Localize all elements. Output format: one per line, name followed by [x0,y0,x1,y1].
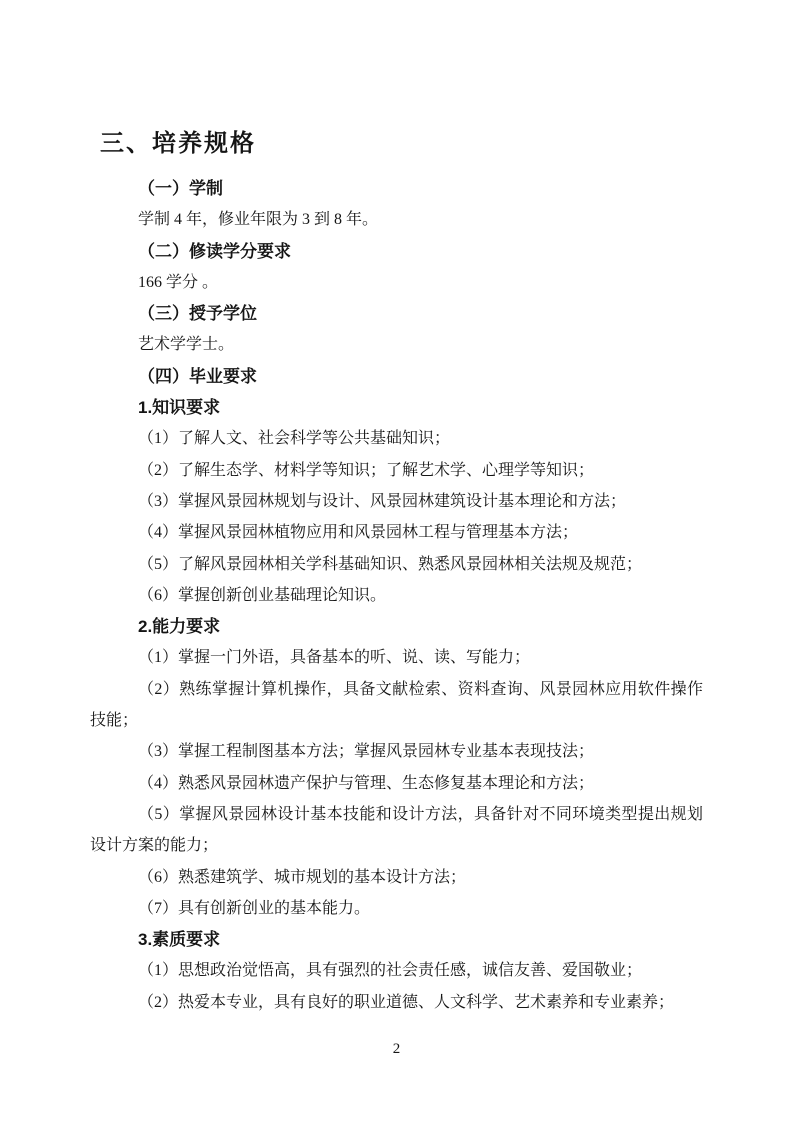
page-content: 三、培养规格 （一）学制 学制 4 年，修业年限为 3 到 8 年。 （二）修读… [0,0,793,1058]
list-item: （5）掌握风景园林设计基本技能和设计方法，具备针对不同环境类型提出规划设计方案的… [90,799,703,862]
section-title-xuefen: （二）修读学分要求 [90,236,703,267]
list-item: （5）了解风景园林相关学科基础知识、熟悉风景园林相关法规及规范； [90,549,703,580]
list-item: （3）掌握风景园林规划与设计、风景园林建筑设计基本理论和方法； [90,486,703,517]
list-item: （1）思想政治觉悟高，具有强烈的社会责任感，诚信友善、爱国敬业； [90,955,703,986]
list-item: （6）熟悉建筑学、城市规划的基本设计方法； [90,862,703,893]
page-title: 三、培养规格 [90,128,703,160]
list-item: （7）具有创新创业的基本能力。 [90,893,703,924]
subsection-title-quality: 3.素质要求 [90,924,703,955]
page-number: 2 [90,1040,703,1058]
list-item: （1）了解人文、社会科学等公共基础知识； [90,423,703,454]
list-item: （4）掌握风景园林植物应用和风景园林工程与管理基本方法； [90,517,703,548]
list-item: （6）掌握创新创业基础理论知识。 [90,580,703,611]
subsection-title-knowledge: 1.知识要求 [90,392,703,423]
paragraph-xuefen: 166 学分 。 [90,267,703,298]
list-item: （3）掌握工程制图基本方法；掌握风景园林专业基本表现技法； [90,736,703,767]
paragraph-xuewei: 艺术学学士。 [90,329,703,360]
list-item: （2）熟练掌握计算机操作，具备文献检索、资料查询、风景园林应用软件操作技能； [90,674,703,737]
list-item: （1）掌握一门外语，具备基本的听、说、读、写能力； [90,642,703,673]
section-title-xuezhi: （一）学制 [90,173,703,204]
section-title-biye: （四）毕业要求 [90,361,703,392]
document-page: 三、培养规格 （一）学制 学制 4 年，修业年限为 3 到 8 年。 （二）修读… [0,0,793,1122]
subsection-title-ability: 2.能力要求 [90,611,703,642]
paragraph-xuezhi: 学制 4 年，修业年限为 3 到 8 年。 [90,204,703,235]
list-item: （4）熟悉风景园林遗产保护与管理、生态修复基本理论和方法； [90,768,703,799]
list-item: （2）热爱本专业，具有良好的职业道德、人文科学、艺术素养和专业素养； [90,987,703,1018]
section-title-xuewei: （三）授予学位 [90,298,703,329]
list-item: （2）了解生态学、材料学等知识；了解艺术学、心理学等知识； [90,455,703,486]
